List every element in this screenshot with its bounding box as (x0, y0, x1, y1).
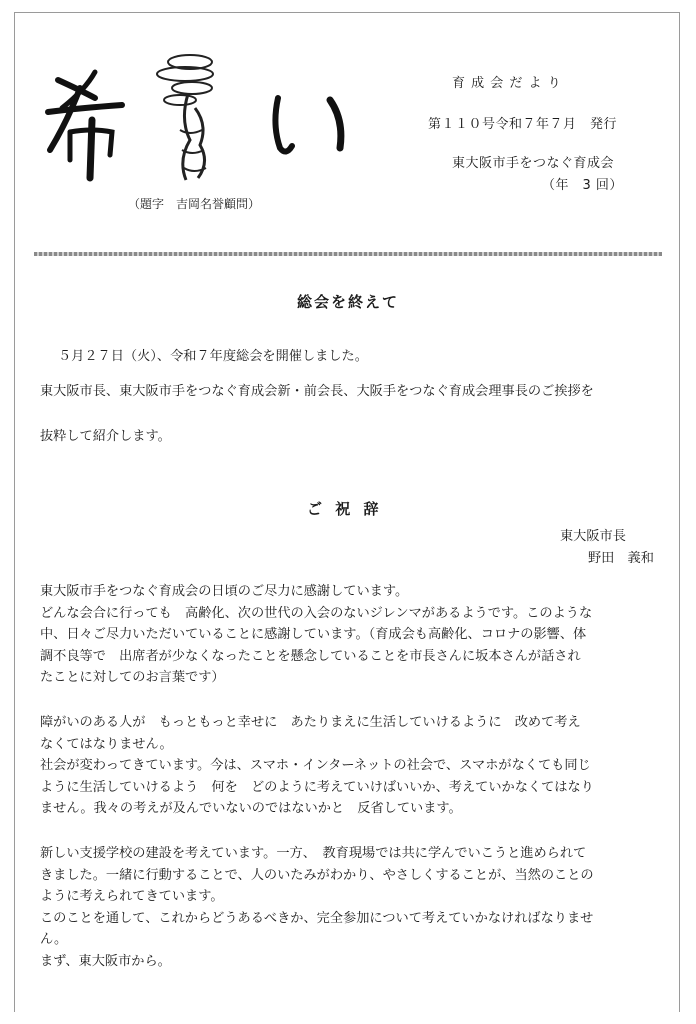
calligraphy-title-icon (40, 50, 370, 190)
speech-line: 調不良等で 出席者が少なくなったことを懸念していることを市長さんに坂本さんが話さ… (40, 646, 660, 668)
publisher-name: 東大阪市手をつなぐ育成会 (452, 152, 614, 171)
speech-line: このことを通して、これからどうあるべきか、完全参加について考えていかなければなり… (40, 908, 660, 930)
speech-line: 中、日々ご尽力いただいていることに感謝しています。（育成会も高齢化、コロナの影響… (40, 624, 660, 646)
speech-line: ように生活していけるよう 何を どのように考えていけばいいか、考えていかなくては… (40, 777, 660, 799)
speech-line: ように考えられてきています。 (40, 886, 660, 908)
speech-line: たことに対してのお言葉です） (40, 667, 660, 689)
section1-line: 抜粋して紹介します。 (40, 426, 171, 447)
speaker-title: 東大阪市長 (560, 526, 626, 547)
issue-frequency: （年 3 回） (542, 174, 623, 193)
section1-line: 東大阪市長、東大阪市手をつなぐ育成会新・前会長、大阪手をつなぐ育成会理事長のご挨… (40, 381, 594, 402)
speech-line: 東大阪市手をつなぐ育成会の日頃のご尽力に感謝しています。 (40, 581, 660, 603)
speech-line: ん。 (40, 929, 660, 951)
speech-line: 社会が変わってきています。今は、スマホ・インターネットの社会で、スマホがなくても… (40, 755, 660, 777)
speech-line: 障がいのある人が もっともっと幸せに あたりまえに生活していけるように 改めて考… (40, 712, 660, 734)
issue-info: 第１１０号令和７年７月 発行 (428, 113, 617, 132)
speaker-name: 野田 義和 (588, 548, 654, 569)
speech-line: ません。我々の考えが及んでいないのではないかと 反省しています。 (40, 798, 660, 820)
speech-paragraph: 障がいのある人が もっともっと幸せに あたりまえに生活していけるように 改めて考… (40, 712, 660, 820)
speech-paragraph: 新しい支援学校の建設を考えています。一方、 教育現場では共に学んでいこうと進めら… (40, 843, 660, 972)
speech-line: どんな会合に行っても 高齢化、次の世代の入会のないジレンマがあるようです。このよ… (40, 603, 660, 625)
section2-heading: ご 祝 辞 (307, 498, 382, 519)
speech-paragraph: 東大阪市手をつなぐ育成会の日頃のご尽力に感謝しています。 どんな会合に行っても … (40, 581, 660, 689)
newsletter-name: 育 成 会 だ よ り (452, 72, 562, 91)
speech-line: きました。一緒に行動することで、人のいたみがわかり、やさしくすることが、当然のこ… (40, 865, 660, 887)
masthead-title-calligraphy (40, 50, 370, 190)
speech-line: まず、東大阪市から。 (40, 951, 660, 973)
section1-heading: 総会を終えて (297, 291, 399, 312)
section1-line: ５月２７日（火）、令和７年度総会を開催しました。 (58, 346, 368, 367)
speech-line: なくてはなりません。 (40, 734, 660, 756)
section-divider (34, 252, 662, 256)
speech-line: 新しい支援学校の建設を考えています。一方、 教育現場では共に学んでいこうと進めら… (40, 843, 660, 865)
calligraphy-credit: （題字 吉岡名誉顧問） (128, 195, 260, 212)
